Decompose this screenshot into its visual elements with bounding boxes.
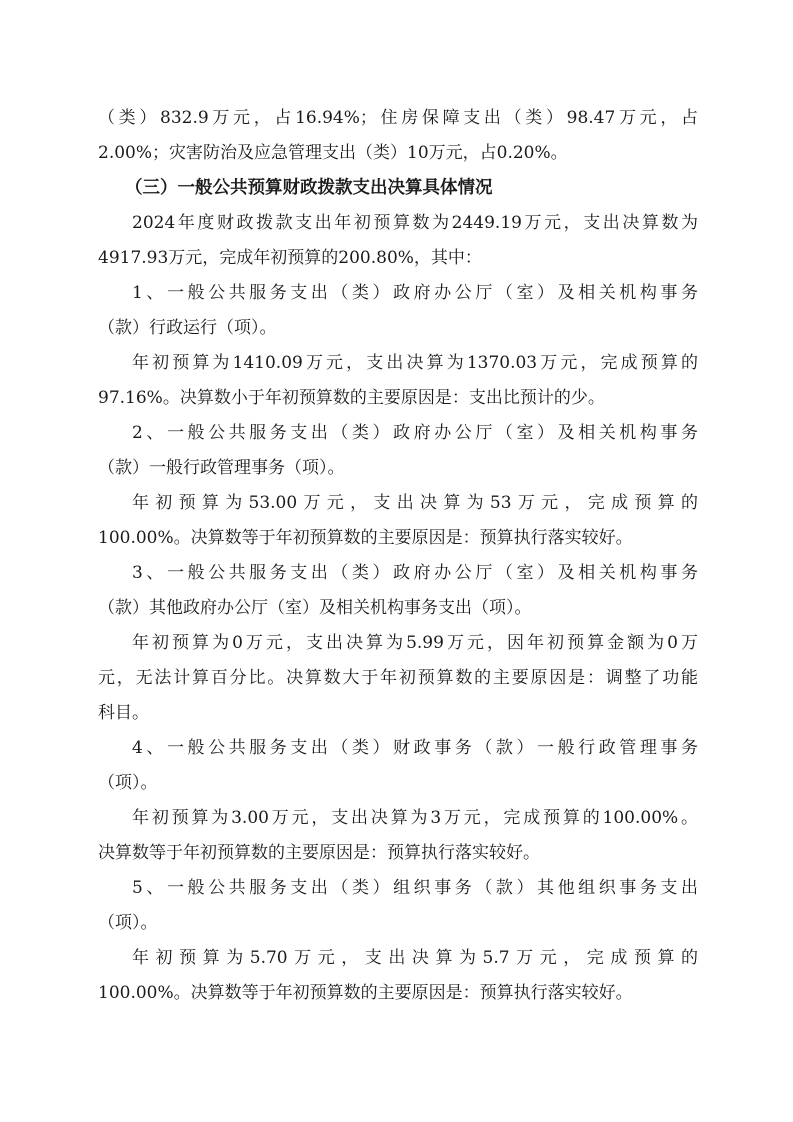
paragraph-line: 年初预算为0万元，支出决算为5.99万元，因年初预算金额为0万 [132,626,698,660]
item-title-line: （项）。 [98,766,698,800]
item-title-line: 4、一般公共服务支出（类）财政事务（款）一般行政管理事务 [132,731,698,765]
paragraph-line: 97.16%。决算数小于年初预算数的主要原因是：支出比预计的少。 [98,381,698,415]
item-title-line: （款）其他政府办公厅（室）及相关机构事务支出（项）。 [98,591,698,625]
item-title-line: 2、一般公共服务支出（类）政府办公厅（室）及相关机构事务 [132,416,698,450]
paragraph-line: 2.00%；灾害防治及应急管理支出（类）10万元，占0.20%。 [98,136,698,170]
paragraph-line: 年初预算为53.00万元，支出决算为53万元，完成预算的 [132,486,698,520]
item-title-line: （项）。 [98,906,698,940]
item-title-line: 5、一般公共服务支出（类）组织事务（款）其他组织事务支出 [132,871,698,905]
paragraph-line: 年初预算为1410.09万元，支出决算为1370.03万元，完成预算的 [132,346,698,380]
paragraph-line: 元，无法计算百分比。决算数大于年初预算数的主要原因是：调整了功能 [98,661,698,695]
paragraph-line: 100.00%。决算数等于年初预算数的主要原因是：预算执行落实较好。 [98,521,698,555]
item-title-line: 3、一般公共服务支出（类）政府办公厅（室）及相关机构事务 [132,556,698,590]
paragraph-line: 年初预算为3.00万元，支出决算为3万元，完成预算的100.00%。 [132,801,698,835]
item-title-line: 1、一般公共服务支出（类）政府办公厅（室）及相关机构事务 [132,276,698,310]
paragraph-line: 年初预算为5.70万元，支出决算为5.7万元，完成预算的 [132,941,698,975]
paragraph-line: （类）832.9万元，占16.94%；住房保障支出（类）98.47万元，占 [98,101,698,135]
document-page: （类）832.9万元，占16.94%；住房保障支出（类）98.47万元，占 2.… [0,0,793,1122]
paragraph-line: 100.00%。决算数等于年初预算数的主要原因是：预算执行落实较好。 [98,976,698,1010]
paragraph-line: 2024年度财政拨款支出年初预算数为2449.19万元，支出决算数为 [132,206,698,240]
section-heading: （三）一般公共预算财政拨款支出决算具体情况 [125,171,725,205]
item-title-line: （款）一般行政管理事务（项）。 [98,451,698,485]
paragraph-line: 科目。 [98,696,698,730]
paragraph-line: 4917.93万元，完成年初预算的200.80%，其中： [98,241,698,275]
item-title-line: （款）行政运行（项）。 [98,311,698,345]
paragraph-line: 决算数等于年初预算数的主要原因是：预算执行落实较好。 [98,836,698,870]
